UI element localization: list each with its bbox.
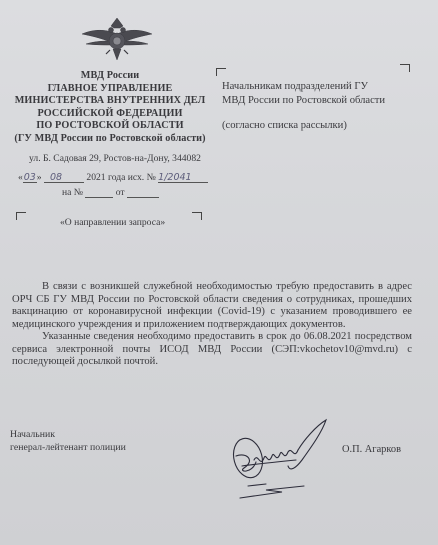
sender-address: ул. Б. Садовая 29, Ростов-на-Дону, 34408… (0, 153, 230, 164)
month-value: 08 (44, 172, 62, 183)
registration-line: «03» 08 2021 года исх. № 1/2041 (18, 172, 208, 183)
sender-line: МВД России (0, 70, 220, 83)
corner-bracket-right (400, 64, 410, 72)
from-label: от (116, 187, 125, 198)
year-outgoing-label: 2021 года исх. № (86, 172, 155, 183)
quote-close: » (37, 172, 42, 183)
sender-line: МИНИСТЕРСТВА ВНУТРЕННИХ ДЕЛ (0, 95, 220, 108)
subject-line: «О направлении запроса» (60, 217, 165, 228)
sender-line: ПО РОСТОВСКОЙ ОБЛАСТИ (0, 120, 220, 133)
corner-bracket-left (216, 68, 226, 76)
sender-line: ГЛАВНОЕ УПРАВЛЕНИЕ (0, 83, 220, 96)
sender-block: МВД России ГЛАВНОЕ УПРАВЛЕНИЕ МИНИСТЕРСТ… (0, 70, 220, 145)
handwritten-signature-icon (226, 416, 346, 512)
signatory-position: Начальник генерал-лейтенант полиции (10, 428, 126, 454)
corner-bracket-right (192, 212, 202, 220)
month-field: 08 (44, 172, 84, 183)
outgoing-number-field: 1/2041 (158, 172, 208, 183)
body-paragraph: В связи с возникшей служебной необходимо… (12, 281, 412, 331)
sender-line: РОССИЙСКОЙ ФЕДЕРАЦИИ (0, 108, 220, 121)
outgoing-number-value: 1/2041 (158, 172, 191, 183)
day-value: 03 (24, 172, 36, 183)
recipient-block: Начальникам подразделений ГУ МВД России … (222, 80, 432, 133)
reference-line: на № от (62, 187, 159, 198)
signatory-name: О.П. Агарков (342, 444, 401, 455)
position-line: генерал-лейтенант полиции (10, 441, 126, 454)
day-field: 03 (23, 172, 37, 183)
ref-label: на № (62, 187, 83, 198)
recipient-line: МВД России по Ростовской области (222, 94, 432, 108)
corner-bracket-left (16, 212, 26, 220)
ref-number-field (85, 187, 113, 198)
ref-date-field (127, 187, 159, 198)
recipient-line: Начальникам подразделений ГУ (222, 80, 432, 94)
letter-body: В связи с возникшей служебной необходимо… (12, 281, 412, 369)
sender-line: (ГУ МВД России по Ростовской области) (0, 133, 220, 146)
body-paragraph: Указанные сведения необходимо предостави… (12, 331, 412, 369)
eagle-emblem-icon (78, 14, 156, 66)
position-line: Начальник (10, 428, 126, 441)
recipient-note: (согласно списка рассылки) (222, 119, 432, 133)
